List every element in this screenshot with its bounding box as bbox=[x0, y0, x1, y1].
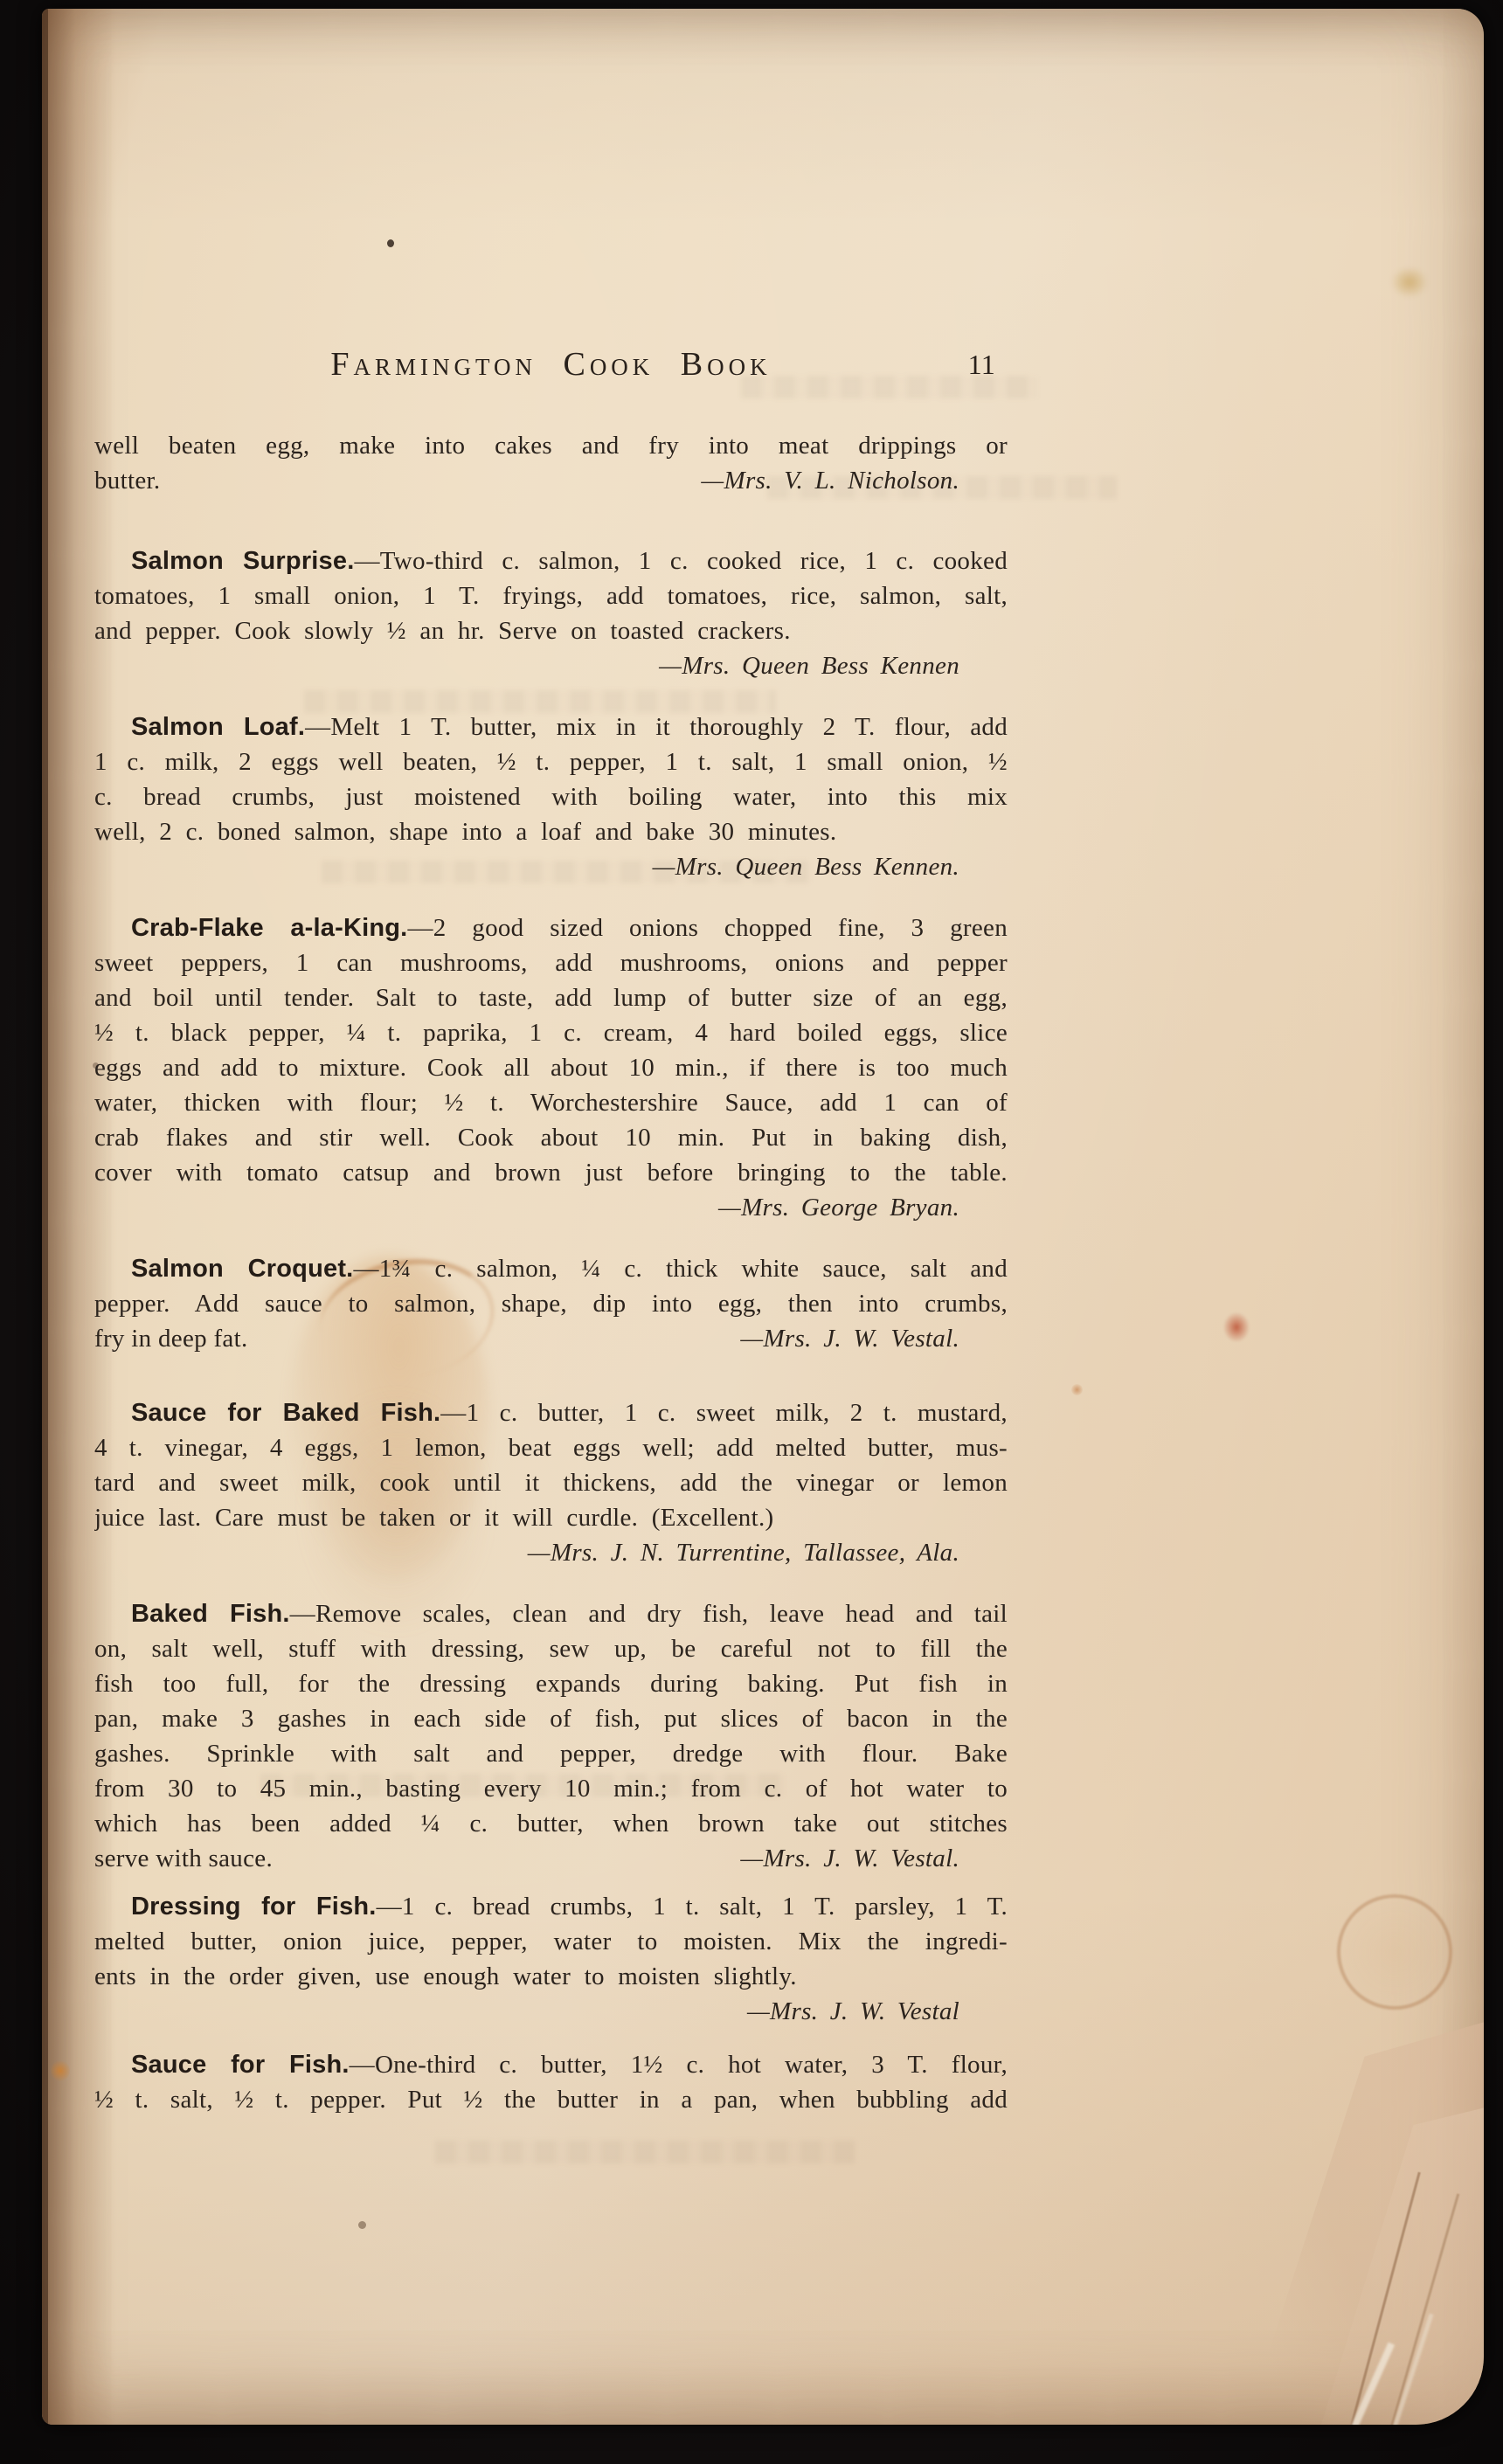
recipe-crab-flake-a-la-king: Crab-Flake a-la-King.—2 good sized onion… bbox=[94, 910, 1008, 1225]
recipe-salmon-loaf: Salmon Loaf.—Melt 1 T. butter, mix in it… bbox=[94, 709, 1008, 884]
running-title: Farmington Cook Book bbox=[94, 344, 1008, 384]
attribution: —Mrs. Queen Bess Kennen. bbox=[94, 849, 1008, 884]
ring-stain bbox=[1337, 1894, 1452, 2010]
recipe-salmon-croquet: Salmon Croquet.—1¾ c. salmon, ¼ c. thick… bbox=[94, 1251, 1008, 1356]
text-line: and boil until tender. Salt to taste, ad… bbox=[94, 980, 1008, 1015]
text-line: Salmon Loaf.—Melt 1 T. butter, mix in it… bbox=[94, 709, 1008, 744]
red-stain-dot bbox=[1223, 1312, 1250, 1342]
text-line: crab flakes and stir well. Cook about 10… bbox=[94, 1120, 1008, 1155]
text-line: Sauce for Fish.—One-third c. butter, 1½ … bbox=[94, 2047, 1008, 2082]
recipe-sauce-for-baked-fish: Sauce for Baked Fish.—1 c. butter, 1 c. … bbox=[94, 1395, 1008, 1570]
text-fragment: —Melt 1 T. butter, mix in it thoroughly … bbox=[305, 713, 1008, 741]
text-line: 1 c. milk, 2 eggs well beaten, ½ t. pepp… bbox=[94, 744, 1008, 779]
text-line: serve with sauce. —Mrs. J. W. Vestal. bbox=[94, 1841, 1008, 1876]
recipe-title: Dressing for Fish. bbox=[131, 1893, 377, 1921]
text-line: 4 t. vinegar, 4 eggs, 1 lemon, beat eggs… bbox=[94, 1430, 1008, 1465]
text-line: juice last. Care must be taken or it wil… bbox=[94, 1500, 1008, 1535]
text-line: fish too full, for the dressing expands … bbox=[94, 1666, 1008, 1701]
text-line: Dressing for Fish.—1 c. bread crumbs, 1 … bbox=[94, 1889, 1008, 1924]
text-line: ents in the order given, use enough wate… bbox=[94, 1959, 1008, 1994]
yellow-stain bbox=[1392, 267, 1427, 297]
attribution: —Mrs. V. L. Nicholson. bbox=[701, 463, 1008, 498]
text-line: tard and sweet milk, cook until it thick… bbox=[94, 1465, 1008, 1500]
text-line: eggs and add to mixture. Cook all about … bbox=[94, 1050, 1008, 1085]
text-line: fry in deep fat. —Mrs. J. W. Vestal. bbox=[94, 1321, 1008, 1356]
text-line: water, thicken with flour; ½ t. Worchest… bbox=[94, 1085, 1008, 1120]
binding-edge bbox=[42, 9, 48, 2425]
text-line: tomatoes, 1 small onion, 1 T. fryings, a… bbox=[94, 578, 1008, 613]
text-line: sweet peppers, 1 can mushrooms, add mush… bbox=[94, 945, 1008, 980]
text-fragment: —1 c. butter, 1 c. sweet milk, 2 t. must… bbox=[440, 1399, 1008, 1427]
recipe-title: Sauce for Fish. bbox=[131, 2051, 350, 2079]
text-line: cover with tomato catsup and brown just … bbox=[94, 1155, 1008, 1190]
recipe-baked-fish: Baked Fish.—Remove scales, clean and dry… bbox=[94, 1596, 1008, 1876]
attribution: —Mrs. George Bryan. bbox=[94, 1190, 1008, 1225]
recipe-title: Sauce for Baked Fish. bbox=[131, 1399, 440, 1427]
page-number: 11 bbox=[968, 344, 995, 384]
text-line: ½ t. salt, ½ t. pepper. Put ½ the butter… bbox=[94, 2082, 1008, 2117]
text-fragment: —One-third c. butter, 1½ c. hot water, 3… bbox=[350, 2051, 1008, 2079]
recipe-title: Salmon Croquet. bbox=[131, 1255, 353, 1283]
text-fragment: —1 c. bread crumbs, 1 t. salt, 1 T. pars… bbox=[377, 1893, 1008, 1921]
recipe-title: Salmon Loaf. bbox=[131, 713, 305, 741]
text-line: melted butter, onion juice, pepper, wate… bbox=[94, 1924, 1008, 1959]
recipe-title: Salmon Surprise. bbox=[131, 547, 354, 575]
text-fragment: —Remove scales, clean and dry fish, leav… bbox=[290, 1600, 1008, 1628]
attribution: —Mrs. J. N. Turrentine, Tallassee, Ala. bbox=[94, 1535, 1008, 1570]
text-line: on, salt well, stuff with dressing, sew … bbox=[94, 1631, 1008, 1666]
attribution: —Mrs. Queen Bess Kennen bbox=[94, 648, 1008, 683]
text-fragment: serve with sauce. bbox=[94, 1841, 273, 1876]
recipe-sauce-for-fish: Sauce for Fish.—One-third c. butter, 1½ … bbox=[94, 2047, 1008, 2117]
text-fragment: butter. bbox=[94, 463, 160, 498]
text-line: pepper. Add sauce to salmon, shape, dip … bbox=[94, 1286, 1008, 1321]
text-line: and pepper. Cook slowly ½ an hr. Serve o… bbox=[94, 613, 1008, 648]
text-line: Sauce for Baked Fish.—1 c. butter, 1 c. … bbox=[94, 1395, 1008, 1430]
text-line: butter. —Mrs. V. L. Nicholson. bbox=[94, 463, 1008, 498]
text-line: Crab-Flake a-la-King.—2 good sized onion… bbox=[94, 910, 1008, 945]
attribution: —Mrs. J. W. Vestal bbox=[94, 1994, 1008, 2029]
recipe-title: Baked Fish. bbox=[131, 1600, 290, 1628]
text-line: well, 2 c. boned salmon, shape into a lo… bbox=[94, 814, 1008, 849]
text-fragment: fry in deep fat. bbox=[94, 1321, 248, 1356]
attribution: —Mrs. J. W. Vestal. bbox=[740, 1841, 1008, 1876]
text-line: Salmon Surprise.—Two-third c. salmon, 1 … bbox=[94, 543, 1008, 578]
page-header: Farmington Cook Book 11 bbox=[94, 344, 1008, 384]
text-line: which has been added ¼ c. butter, when b… bbox=[94, 1806, 1008, 1841]
text-fragment: —Two-third c. salmon, 1 c. cooked rice, … bbox=[354, 547, 1008, 575]
recipe-continuation: well beaten egg, make into cakes and fry… bbox=[94, 428, 1008, 498]
text-line: pan, make 3 gashes in each side of fish,… bbox=[94, 1701, 1008, 1736]
text-fragment: —1¾ c. salmon, ¼ c. thick white sauce, s… bbox=[353, 1255, 1008, 1283]
scanned-page-photo: Farmington Cook Book 11 well beaten egg,… bbox=[0, 0, 1503, 2464]
text-fragment: —2 good sized onions chopped fine, 3 gre… bbox=[407, 914, 1008, 942]
text-line: c. bread crumbs, just moistened with boi… bbox=[94, 779, 1008, 814]
recipe-dressing-for-fish: Dressing for Fish.—1 c. bread crumbs, 1 … bbox=[94, 1889, 1008, 2029]
text-line: from 30 to 45 min., basting every 10 min… bbox=[94, 1771, 1008, 1806]
attribution: —Mrs. J. W. Vestal. bbox=[740, 1321, 1008, 1356]
torn-corner bbox=[1213, 1997, 1484, 2425]
text-line: gashes. Sprinkle with salt and pepper, d… bbox=[94, 1736, 1008, 1771]
text-line: well beaten egg, make into cakes and fry… bbox=[94, 428, 1008, 463]
text-line: Baked Fish.—Remove scales, clean and dry… bbox=[94, 1596, 1008, 1631]
recipe-salmon-surprise: Salmon Surprise.—Two-third c. salmon, 1 … bbox=[94, 543, 1008, 683]
text-column: Farmington Cook Book 11 well beaten egg,… bbox=[94, 0, 1008, 2464]
recipe-title: Crab-Flake a-la-King. bbox=[131, 914, 407, 942]
text-line: ½ t. black pepper, ¼ t. paprika, 1 c. cr… bbox=[94, 1015, 1008, 1050]
text-line: Salmon Croquet.—1¾ c. salmon, ¼ c. thick… bbox=[94, 1251, 1008, 1286]
orange-stain-dot bbox=[51, 2060, 70, 2081]
stain-freckle bbox=[1071, 1384, 1083, 1395]
